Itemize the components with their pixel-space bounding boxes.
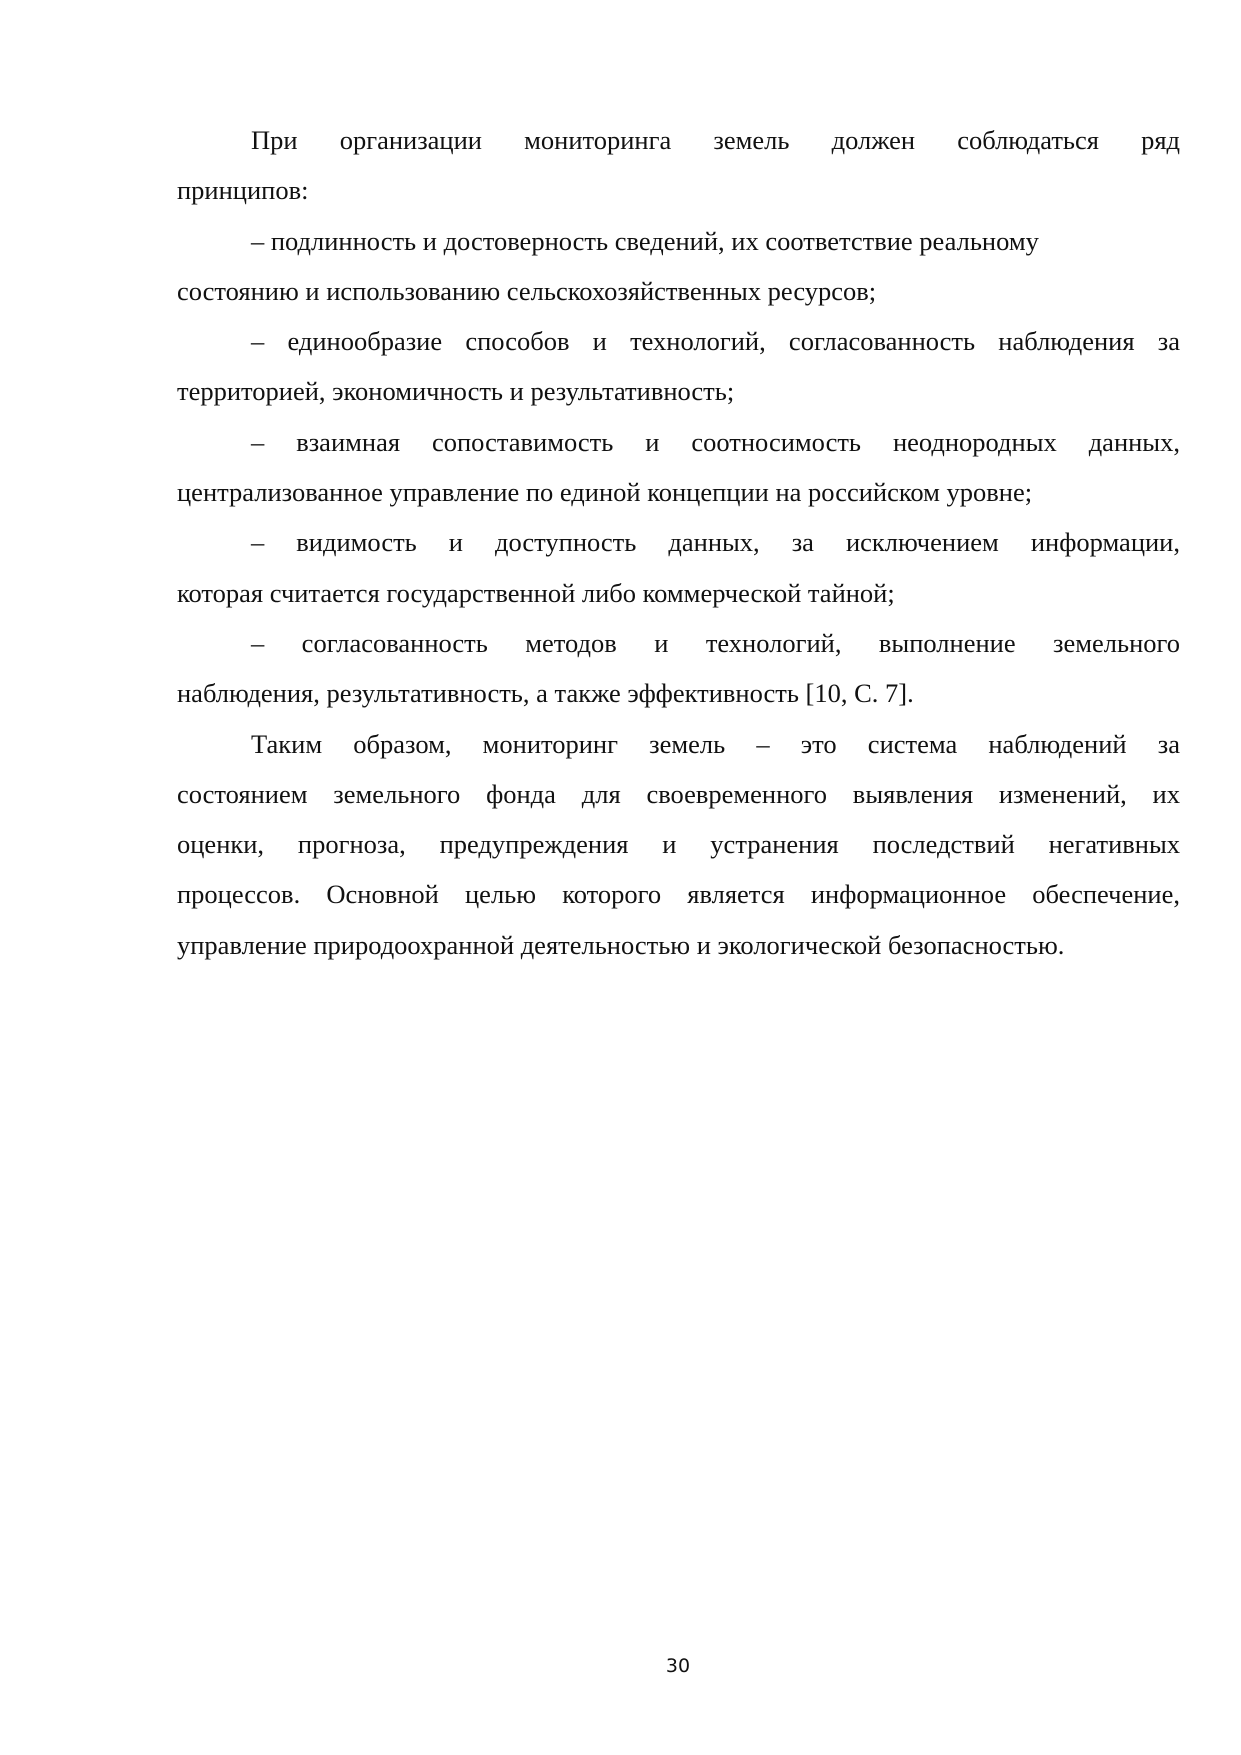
- principle-list-item: – подлинность и достоверность сведений, …: [177, 216, 1180, 317]
- text-line: – подлинность и достоверность сведений, …: [177, 216, 1180, 266]
- text-line: централизованное управление по единой ко…: [177, 467, 1180, 517]
- principle-list-item: – видимость и доступность данных, за иск…: [177, 517, 1180, 618]
- text-line: оценки, прогноза, предупреждения и устра…: [177, 819, 1180, 869]
- text-line: – видимость и доступность данных, за иск…: [177, 517, 1180, 567]
- text-line: управление природоохранной деятельностью…: [177, 920, 1180, 970]
- text-line: состоянию и использованию сельскохозяйст…: [177, 266, 1180, 316]
- text-line: Таким образом, мониторинг земель – это с…: [177, 719, 1180, 769]
- principle-list-item: – взаимная сопоставимость и соотносимост…: [177, 417, 1180, 518]
- text-line: процессов. Основной целью которого являе…: [177, 869, 1180, 919]
- text-line: состоянием земельного фонда для своеврем…: [177, 769, 1180, 819]
- text-line: При организации мониторинга земель долже…: [177, 115, 1180, 165]
- text-line: – согласованность методов и технологий, …: [177, 618, 1180, 668]
- text-line: территорией, экономичность и результатив…: [177, 366, 1180, 416]
- text-line: принципов:: [177, 165, 1180, 215]
- conclusion-paragraph: Таким образом, мониторинг земель – это с…: [177, 719, 1180, 970]
- text-line: которая считается государственной либо к…: [177, 568, 1180, 618]
- text-line: наблюдения, результативность, а также эф…: [177, 668, 1180, 718]
- document-page: При организации мониторинга земель долже…: [0, 0, 1241, 1755]
- text-line: – взаимная сопоставимость и соотносимост…: [177, 417, 1180, 467]
- principle-list-item: – единообразие способов и технологий, со…: [177, 316, 1180, 417]
- page-number: 30: [0, 1655, 1241, 1677]
- principle-list-item: – согласованность методов и технологий, …: [177, 618, 1180, 719]
- intro-paragraph: При организации мониторинга земель долже…: [177, 115, 1180, 216]
- document-body: При организации мониторинга земель долже…: [177, 115, 1180, 970]
- text-line: – единообразие способов и технологий, со…: [177, 316, 1180, 366]
